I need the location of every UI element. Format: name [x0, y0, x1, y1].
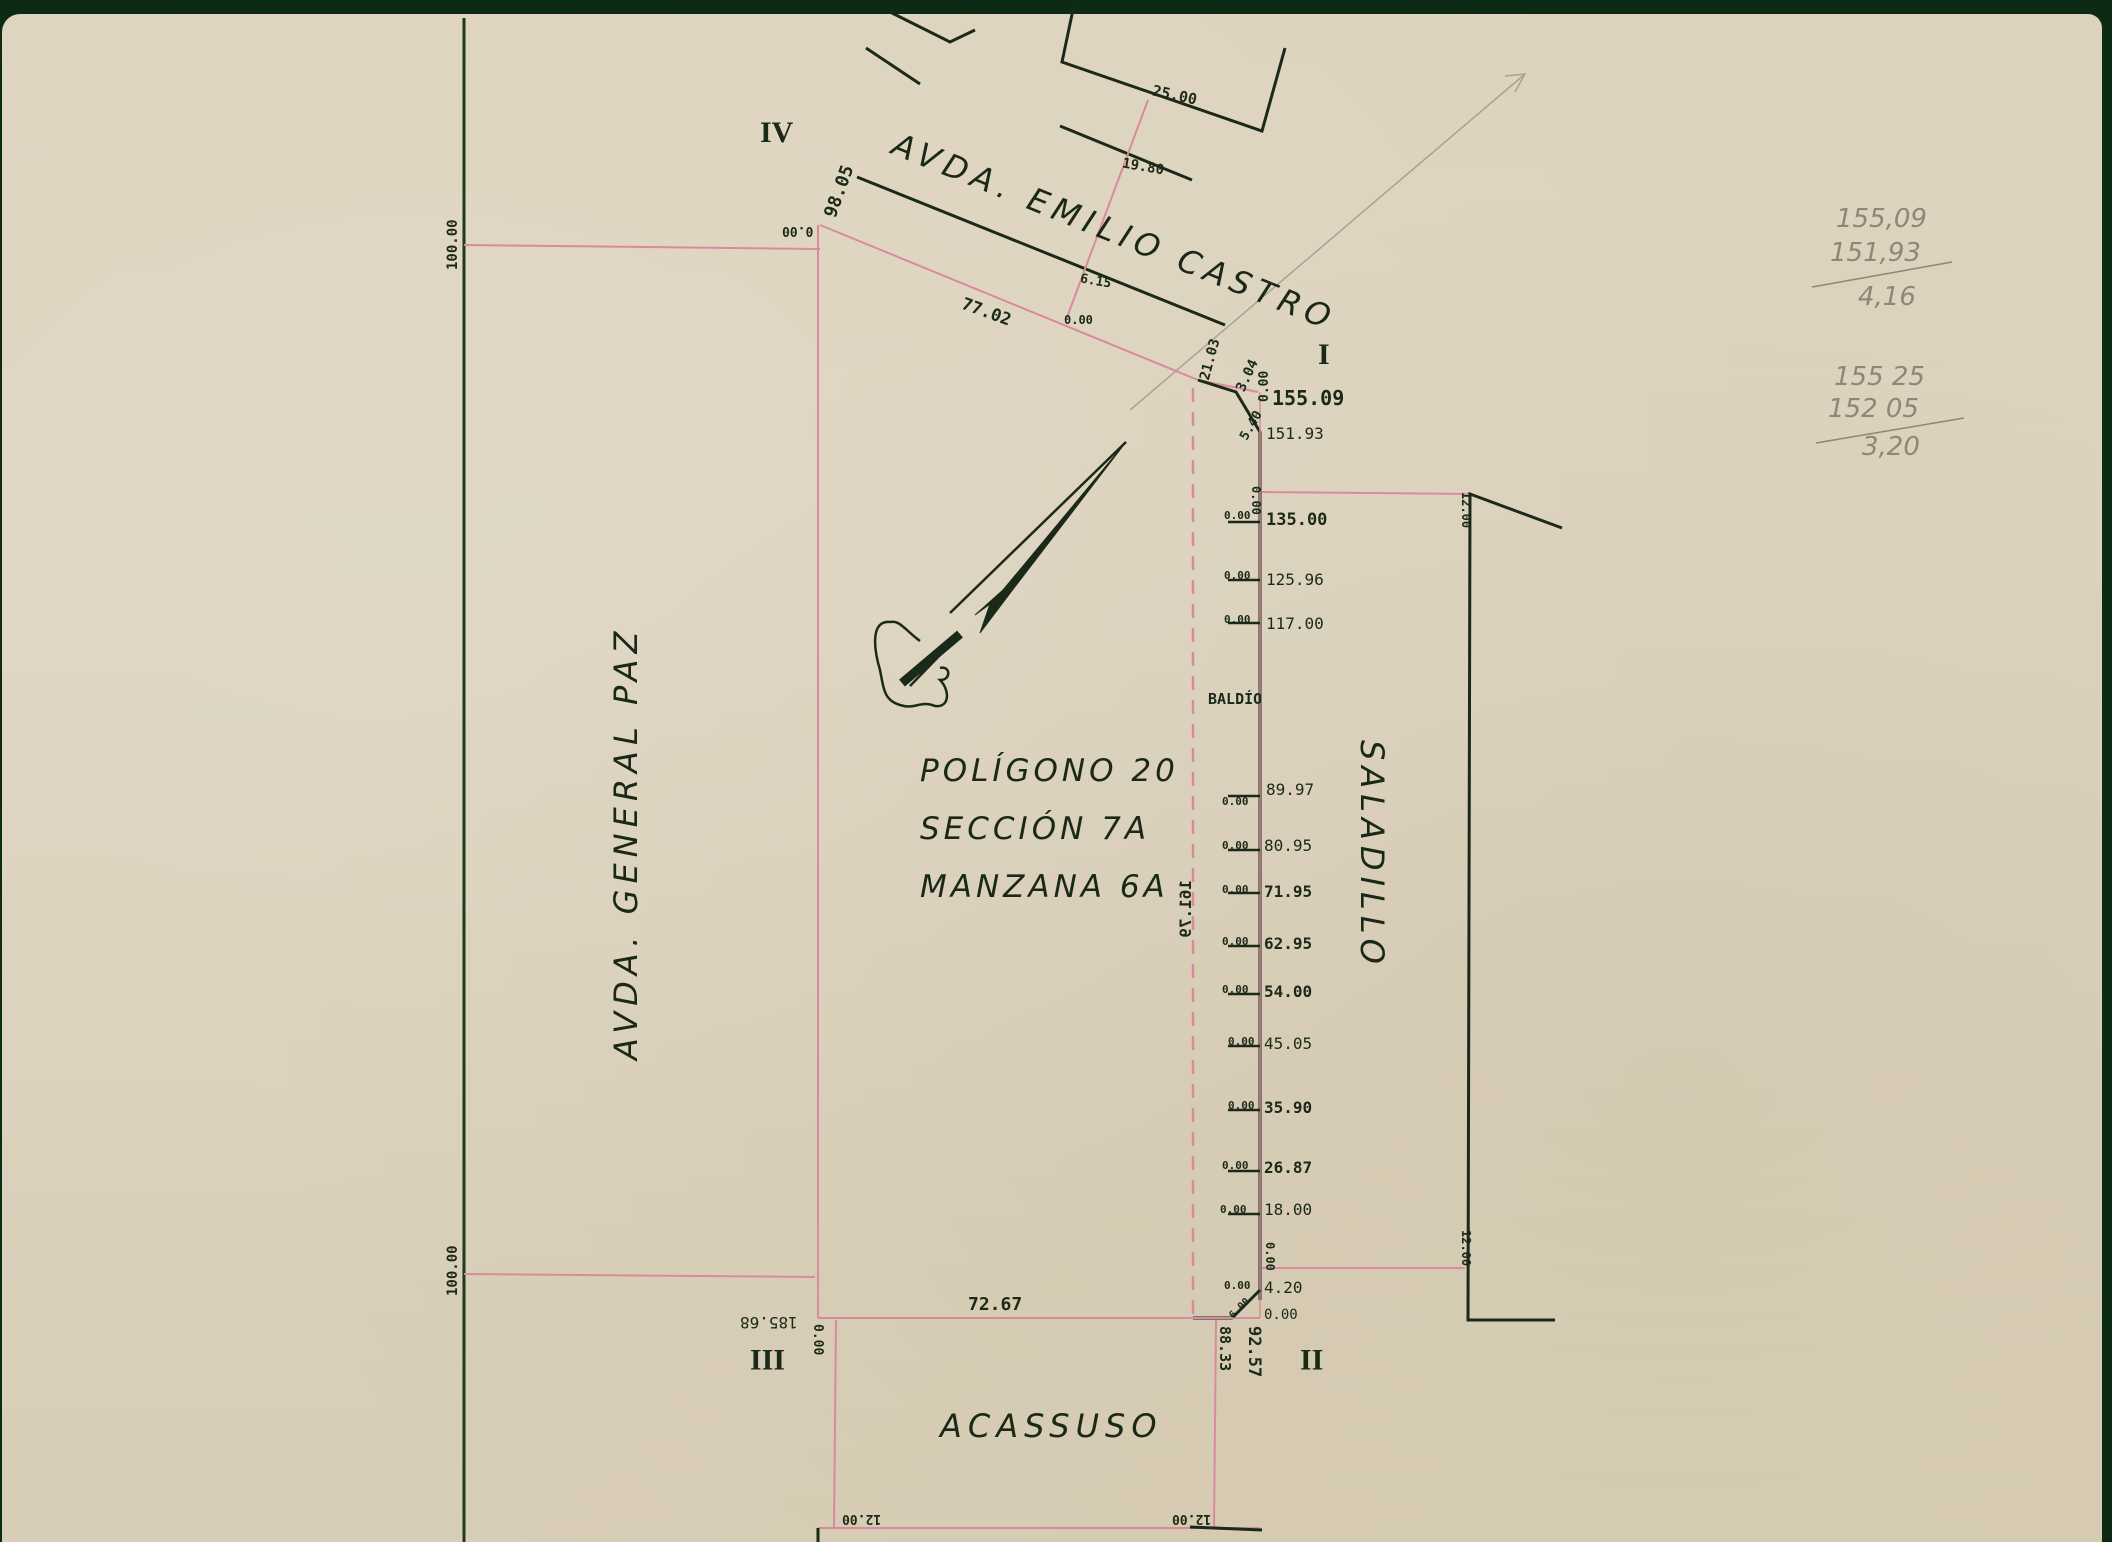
measure-acassuso-left-12: 12.00: [842, 1512, 881, 1525]
measure-4-20: 4.20: [1264, 1280, 1303, 1296]
measure-corner-i-zero: 0.00: [1258, 371, 1271, 402]
street-label-saladillo: SALADILLO: [1356, 740, 1388, 970]
tick-left: 0.00: [1220, 1204, 1247, 1215]
measure-92-57: 92.57: [1245, 1326, 1262, 1377]
tick-right: 80.95: [1264, 838, 1312, 854]
corner-ii-label: II: [1300, 1344, 1323, 1374]
measure-near-corner-zero: 0.00: [1224, 1280, 1251, 1291]
corner-iii-label: III: [750, 1344, 785, 1374]
measure-151-93: 151.93: [1266, 426, 1324, 442]
tick-left: 0.00: [1224, 614, 1251, 625]
tick-left: 0.00: [1222, 840, 1249, 851]
tick-left: 0.00: [1222, 796, 1249, 807]
measure-right-bottom-zero: 0.00: [1264, 1242, 1276, 1271]
pencil-note-1-result: 4,16: [1858, 284, 1916, 310]
measure-185-68: 185.68: [740, 1314, 798, 1330]
tick-right: 125.96: [1266, 572, 1324, 588]
pencil-note-2-result: 3,20: [1862, 434, 1920, 460]
rocket-icon: [875, 442, 1126, 706]
tick-right: 45.05: [1264, 1036, 1312, 1052]
measure-161-79: 161.79: [1178, 880, 1194, 938]
measure-155-09: 155.09: [1272, 388, 1344, 408]
pencil-note-1-a: 155,09: [1836, 206, 1927, 232]
measure-right-bottom-12: 12.00: [1460, 1230, 1472, 1266]
tick-right: 35.90: [1264, 1100, 1312, 1116]
pencil-note-1-b: 151,93: [1830, 240, 1921, 266]
tick-right: 117.00: [1266, 616, 1324, 632]
tick-right: 71.95: [1264, 884, 1312, 900]
pencil-note-2-a: 155 25: [1834, 364, 1925, 390]
street-label-acassuso: ACASSUSO: [940, 1410, 1163, 1442]
corner-iv-label: IV: [760, 118, 793, 148]
measure-corner-iii-zero: 0.00: [811, 1324, 824, 1355]
tick-left: 0.00: [1228, 1100, 1255, 1111]
tick-left: 0.00: [1222, 984, 1249, 995]
measure-corner-iv-zero: 0.00: [782, 224, 813, 237]
measure-72-67: 72.67: [968, 1296, 1022, 1314]
measure-offset-zero: 0.00: [1064, 314, 1093, 326]
measure-left-bottom-100: 100.00: [446, 1245, 460, 1296]
seccion-label: SECCIÓN 7A: [920, 814, 1150, 845]
manzana-label: MANZANA 6A: [920, 872, 1169, 903]
tick-left: 0.00: [1222, 1160, 1249, 1171]
tick-right: 89.97: [1266, 782, 1314, 798]
corner-i-label: I: [1318, 340, 1330, 370]
measure-88-33: 88.33: [1217, 1326, 1232, 1371]
measure-right-top-zero: 0.00: [1250, 486, 1262, 515]
baldio-label: BALDÍO: [1208, 692, 1262, 707]
street-label-general-paz: AVDA. GENERAL PAZ: [610, 626, 642, 1060]
tick-right: 62.95: [1264, 936, 1312, 952]
measure-left-top-100: 100.00: [446, 219, 460, 270]
tick-right: 54.00: [1264, 984, 1312, 1000]
tick-left: 0.00: [1228, 1036, 1255, 1047]
tick-right: 26.87: [1264, 1160, 1312, 1176]
tick-right: 18.00: [1264, 1202, 1312, 1218]
poligono-label: POLÍGONO 20: [920, 756, 1179, 787]
tick-left: 0.00: [1222, 936, 1249, 947]
measure-right-top-12: 12.00: [1460, 492, 1472, 528]
tick-right: 135.00: [1266, 512, 1327, 529]
tick-left: 0.00: [1222, 884, 1249, 895]
pencil-note-2-b: 152 05: [1828, 396, 1919, 422]
measure-corner-ii-zero: 0.00: [1264, 1308, 1298, 1322]
measure-acassuso-right-12: 12.00: [1172, 1512, 1211, 1525]
tick-left: 0.00: [1224, 570, 1251, 581]
tick-left: 0.00: [1224, 510, 1251, 521]
